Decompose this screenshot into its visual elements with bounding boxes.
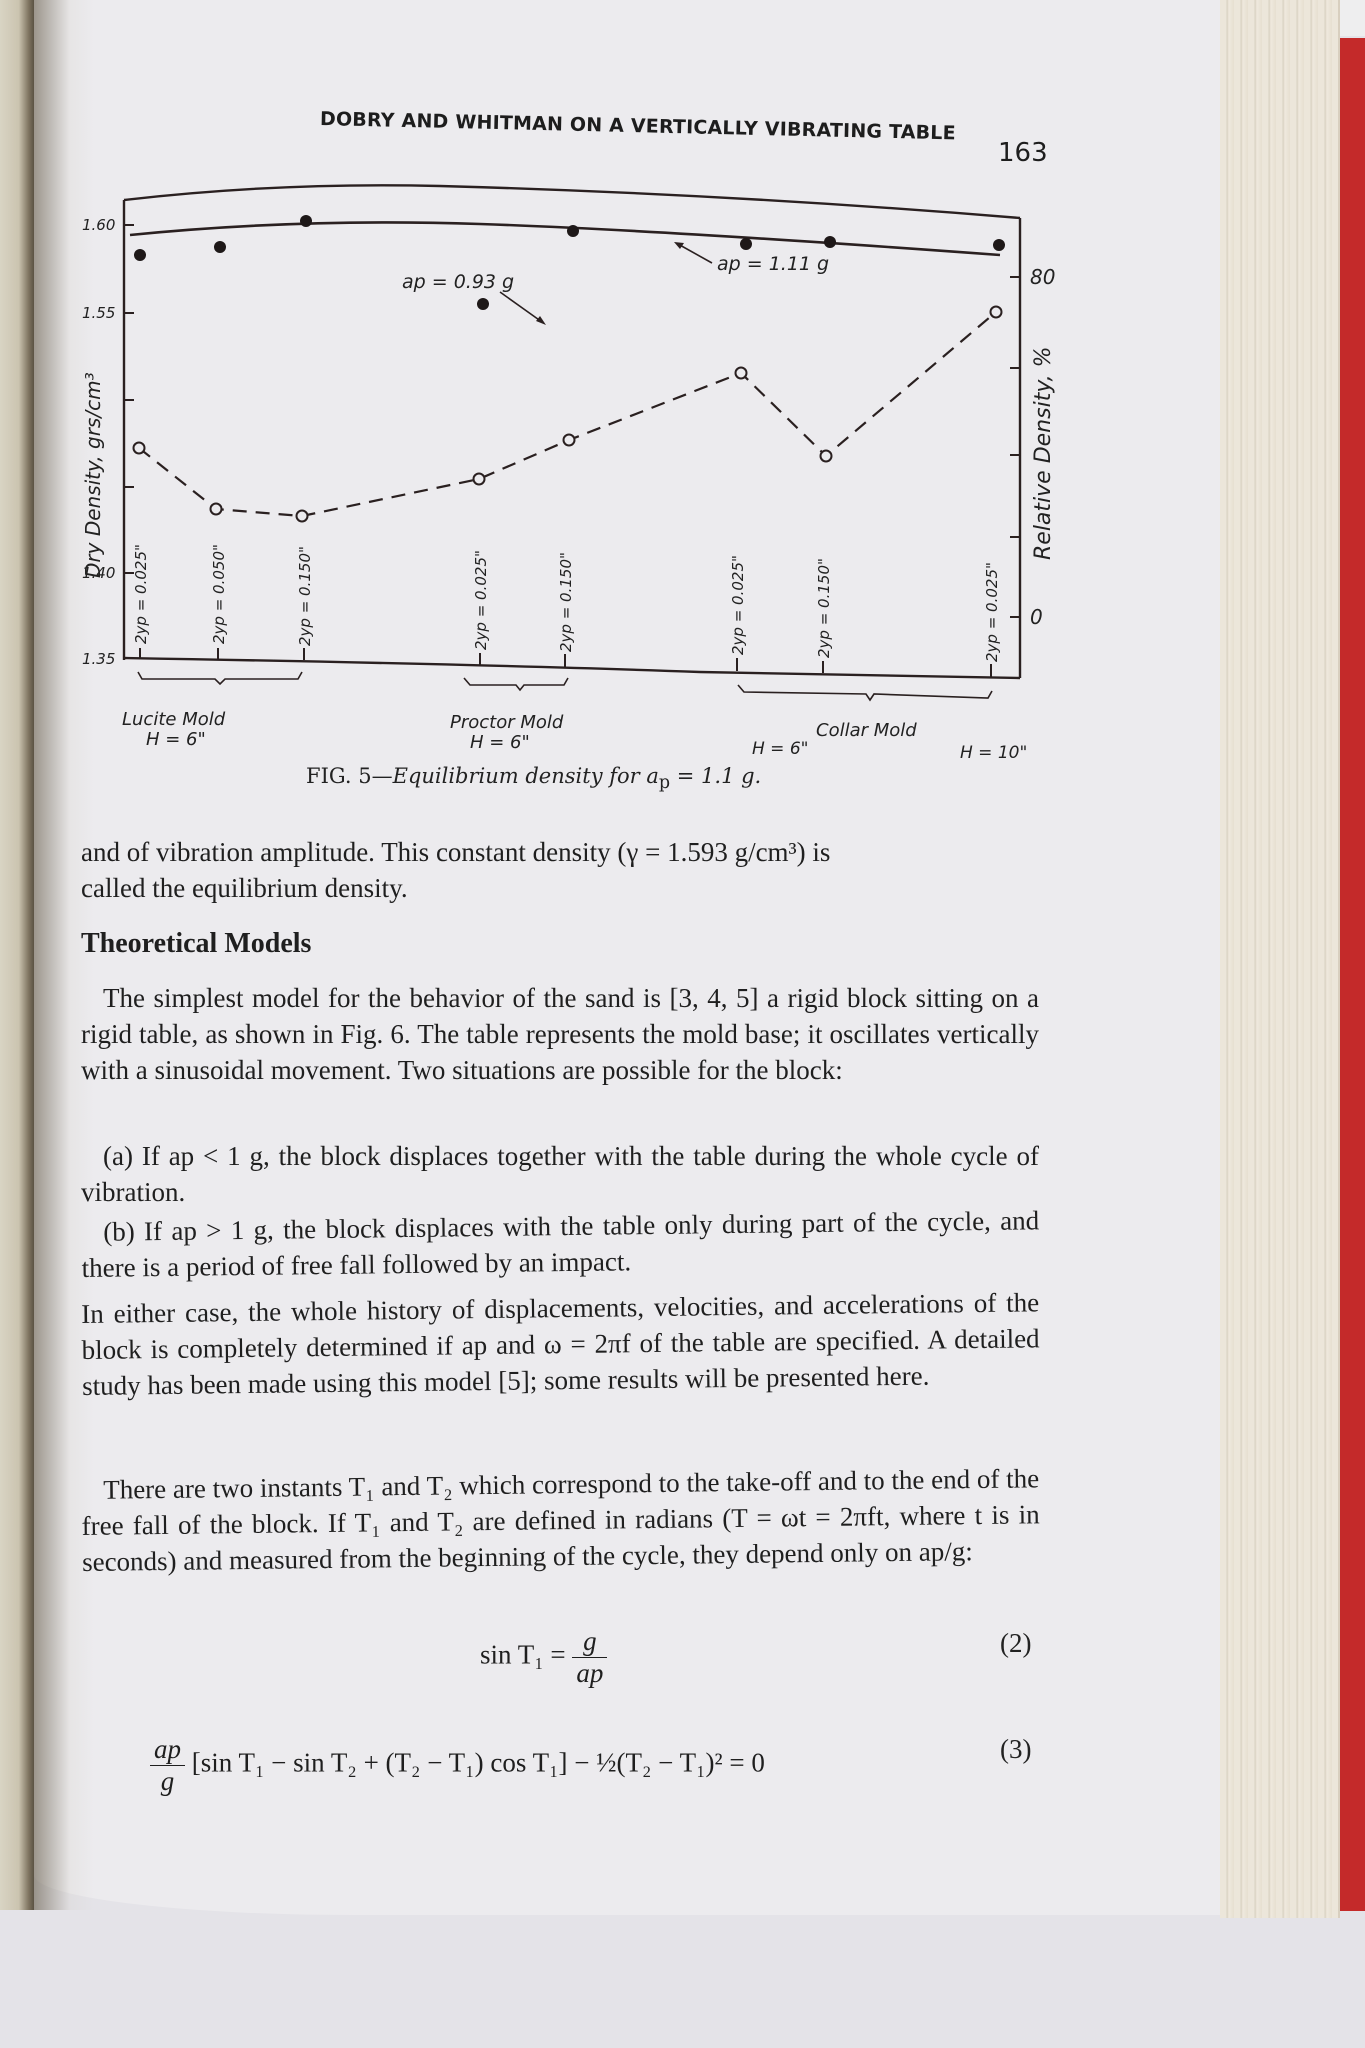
eq2-denominator: ap [572,1658,607,1689]
group-proctor-height: H = 6" [470,732,530,753]
equation-3-number: (3) [1000,1734,1031,1765]
x-label-3: 2yp = 0.150" [296,546,314,646]
x-label-1: 2yp = 0.025" [132,544,150,644]
eq3-denominator: g [150,1766,185,1797]
group-collar-height-6: H = 6" [752,739,808,759]
list-item-a: (a) If ap < 1 g, the block displaces tog… [81,1138,1039,1210]
paragraph-either-case: In either case, the whole history of dis… [81,1284,1040,1404]
caption-tail: = 1.1 g. [670,764,761,788]
eq3-fraction: ap g [150,1734,185,1797]
group-collar-mold: Collar Mold [816,720,917,741]
arrow-ap-1-11g [678,244,712,263]
paragraph-two-instants: There are two instants T₁ and T₂ which c… [81,1460,1040,1580]
group-proctor-mold: Proctor Mold [450,712,564,733]
left-axis-label: Dry Density, grs/cm³ [81,372,105,578]
caption-text: Equilibrium density for a [393,764,659,788]
x-label-7: 2yp = 0.150" [815,558,833,658]
tick-1-55: 1.55 [82,304,115,322]
figure-caption: FIG. 5—Equilibrium density for ap = 1.1 … [306,764,761,793]
equation-2: sin T₁ = g ap [480,1626,607,1689]
equation-2-number: (2) [1000,1628,1031,1659]
equation-3: ap g [sin T₁ − sin T₂ + (T₂ − T₁) cos T₁… [150,1734,765,1797]
tick-80: 80 [1030,265,1055,289]
tick-1-60: 1.60 [82,216,115,234]
paragraph-line: called the equilibrium density. [81,870,1039,906]
eq3-body: [sin T₁ − sin T₂ + (T₂ − T₁) cos T₁] − ½… [192,1748,765,1778]
group-lucite-mold: Lucite Mold [122,709,226,730]
label-ap-1-11g: ap = 1.11 g [717,253,829,275]
x-label-6: 2yp = 0.025" [729,555,747,655]
paragraph-equilibrium: and of vibration amplitude. This constan… [81,834,1039,906]
caption-subscript: p [659,773,670,793]
paragraph-line: and of vibration amplitude. This constan… [81,834,1039,870]
section-heading: Theoretical Models [81,928,311,960]
series-ap-1-11g-points [134,215,1005,310]
figure-5-chart: 1.60 1.55 1.40 1.35 Dry Density, grs/cm³… [80,180,1080,740]
eq2-fraction: g ap [572,1626,607,1689]
right-axis-label: Relative Density, % [1031,346,1056,560]
group-collar-height-10: H = 10" [960,743,1027,763]
fit-line-ap-1-11g [130,222,1000,255]
label-ap-0-93g: ap = 0.93 g [402,271,514,293]
list-item-b: (b) If ap > 1 g, the block displaces wit… [81,1202,1040,1286]
x-label-4: 2yp = 0.025" [472,550,490,650]
chart-svg: 1.60 1.55 1.40 1.35 Dry Density, grs/cm³… [80,180,1080,740]
arrowhead-ap-0-93g [536,316,546,325]
tick-0: 0 [1030,605,1043,629]
line-ap-0-93g [139,312,996,516]
page-stack-edge [1220,0,1340,1918]
eq2-numerator: g [572,1626,607,1658]
eq3-numerator: ap [150,1734,185,1766]
paragraph-simplest-model: The simplest model for the behavior of t… [81,980,1039,1088]
tick-1-35: 1.35 [82,650,115,668]
arrow-ap-0-93g [500,292,542,322]
left-axis-ticks [124,225,134,573]
right-axis-ticks [1010,277,1020,617]
page-number: 163 [998,138,1048,168]
x-label-8: 2yp = 0.025" [983,562,1001,662]
x-label-2: 2yp = 0.050" [210,544,228,644]
caption-label: FIG. 5— [306,764,393,788]
arrowhead-ap-1-11g [674,242,684,249]
series-ap-0-93g-points [134,307,1002,522]
group-lucite-height: H = 6" [146,729,206,750]
adjacent-page-edge [0,0,34,1910]
x-label-5: 2yp = 0.150" [557,552,575,652]
eq2-lhs: sin T₁ = [480,1640,566,1670]
